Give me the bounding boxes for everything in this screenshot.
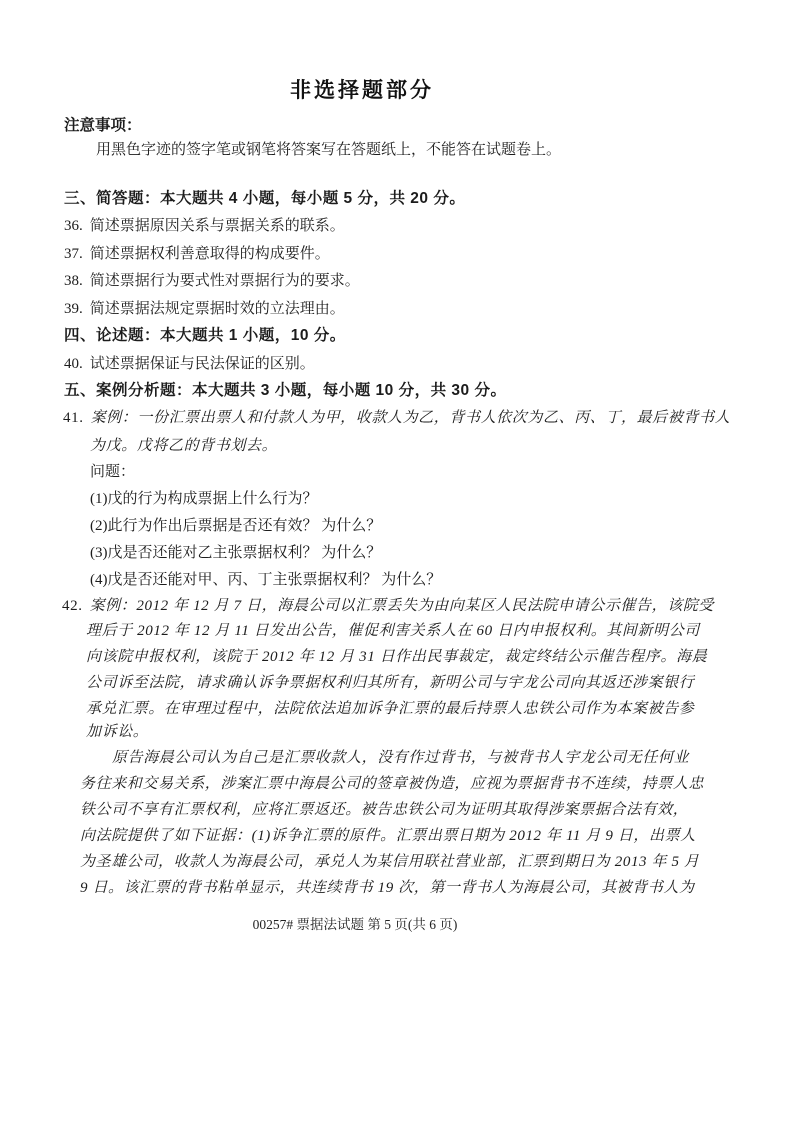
question-38-text: 简述票据行为要式性对票据行为的要求。 xyxy=(90,273,360,289)
question-42-para2-line-4: 向法院提供了如下证据：(1)诉争汇票的原件。汇票出票日期为 2012 年 11 … xyxy=(80,826,696,846)
question-42-para1-line-4: 公司诉至法院，请求确认诉争票据权利归其所有，新明公司与宇龙公司向其返还涉案银行 xyxy=(86,673,694,693)
page-footer: 00257# 票据法试题 第 5 页(共 6 页) xyxy=(0,913,710,933)
question-41-case-text-1: 案例：一份汇票出票人和付款人为甲，收款人为乙，背书人依次为乙、丙、丁，最后被背书… xyxy=(91,410,731,426)
question-36: 36.简述票据原因关系与票据关系的联系。 xyxy=(64,216,345,236)
question-42-para1-line-3: 向该院申报权利，该院于 2012 年 12 月 31 日作出民事裁定，裁定终结公… xyxy=(86,647,707,667)
question-42-case-line-1: 42.案例：2012 年 12 月 7 日，海晨公司以汇票丢失为由向某区人民法院… xyxy=(62,596,714,616)
question-39-number: 39. xyxy=(64,299,83,319)
question-42-para2-line-1: 原告海晨公司认为自己是汇票收款人，没有作过背书，与被背书人宇龙公司无任何业 xyxy=(112,748,689,768)
page-title: 非选择题部分 xyxy=(0,74,724,104)
question-42-para2-line-2: 务往来和交易关系，涉案汇票中海晨公司的签章被伪造，应视为票据背书不连续，持票人忠 xyxy=(80,774,704,794)
question-40-number: 40. xyxy=(64,354,83,374)
notice-body: 用黑色字迹的签字笔或钢笔将答案写在答题纸上，不能答在试题卷上。 xyxy=(96,140,561,160)
question-42-para2-line-5: 为圣雄公司，收款人为海晨公司，承兑人为某信用联社营业部，汇票到期日为 2013 … xyxy=(80,852,700,872)
question-42-para1-line-2: 理后于 2012 年 12 月 11 日发出公告，催促利害关系人在 60 日内申… xyxy=(86,621,700,641)
question-39: 39.简述票据法规定票据时效的立法理由。 xyxy=(64,299,345,319)
question-37: 37.简述票据权利善意取得的构成要件。 xyxy=(64,244,330,264)
section5-heading: 五、案例分析题：本大题共 3 小题，每小题 10 分，共 30 分。 xyxy=(64,381,506,401)
question-42-para1-line-1: 案例：2012 年 12 月 7 日，海晨公司以汇票丢失为由向某区人民法院申请公… xyxy=(90,598,714,614)
question-42-para2-line-3: 铁公司不享有汇票权利，应将汇票返还。被告忠铁公司为证明其取得涉案票据合法有效， xyxy=(80,800,688,820)
question-41-number: 41. xyxy=(63,408,84,428)
question-42-para1-line-6: 加诉讼。 xyxy=(86,722,148,742)
section3-heading: 三、简答题：本大题共 4 小题，每小题 5 分，共 20 分。 xyxy=(64,189,465,209)
question-41-problem-4: (4)戊是否还能对甲、丙、丁主张票据权利？ 为什么？ xyxy=(90,570,441,590)
question-41-problem-1: (1)戊的行为构成票据上什么行为？ xyxy=(90,489,318,509)
exam-paper-page: 非选择题部分 注意事项： 用黑色字迹的签字笔或钢笔将答案写在答题纸上，不能答在试… xyxy=(0,0,793,1122)
question-41-case-line-1: 41.案例：一份汇票出票人和付款人为甲，收款人为乙，背书人依次为乙、丙、丁，最后… xyxy=(63,408,730,428)
question-40-text: 试述票据保证与民法保证的区别。 xyxy=(90,356,315,372)
question-40: 40.试述票据保证与民法保证的区别。 xyxy=(64,354,315,374)
question-41-problem-3: (3)戊是否还能对乙主张票据权利？ 为什么？ xyxy=(90,543,381,563)
question-41-case-line-2: 为戊。戊将乙的背书划去。 xyxy=(90,436,277,456)
question-42-para2-line-6: 9 日。该汇票的背书粘单显示，共连续背书 19 次，第一背书人为海晨公司，其被背… xyxy=(80,878,695,898)
question-39-text: 简述票据法规定票据时效的立法理由。 xyxy=(90,301,345,317)
notice-heading: 注意事项： xyxy=(64,116,142,136)
question-38-number: 38. xyxy=(64,271,83,291)
section4-heading: 四、论述题：本大题共 1 小题，10 分。 xyxy=(64,326,346,346)
question-42-para1-line-5: 承兑汇票。在审理过程中，法院依法追加诉争汇票的最后持票人忠铁公司作为本案被告参 xyxy=(86,699,694,719)
question-42-number: 42. xyxy=(62,596,83,616)
question-38: 38.简述票据行为要式性对票据行为的要求。 xyxy=(64,271,360,291)
question-37-text: 简述票据权利善意取得的构成要件。 xyxy=(90,246,330,262)
question-37-number: 37. xyxy=(64,244,83,264)
question-41-problems-heading: 问题： xyxy=(90,462,135,482)
question-36-text: 简述票据原因关系与票据关系的联系。 xyxy=(90,218,345,234)
question-36-number: 36. xyxy=(64,216,83,236)
question-41-problem-2: (2)此行为作出后票据是否还有效？ 为什么？ xyxy=(90,516,381,536)
